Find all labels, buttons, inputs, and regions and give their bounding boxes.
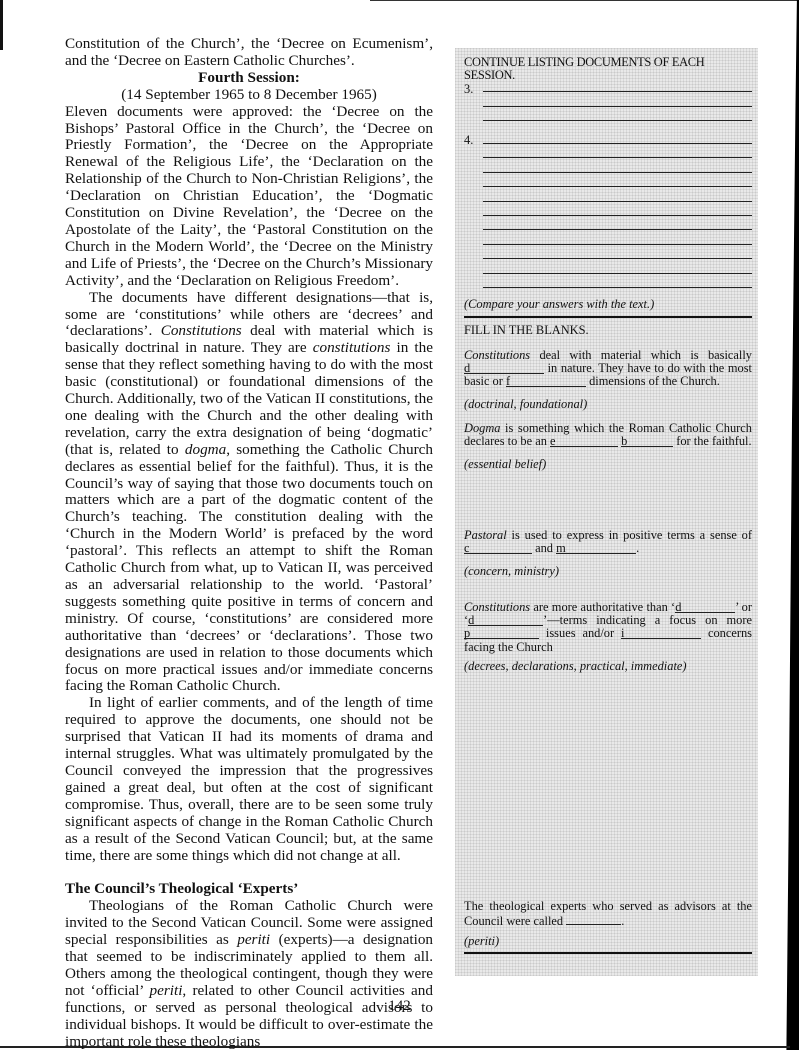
panel-title: CONTINUE LISTING DOCUMENTS OF EACH SESSI… [464, 56, 758, 82]
compare-note: (Compare your answers with the text.) [464, 298, 752, 311]
answer-line[interactable] [483, 215, 752, 216]
divider [464, 316, 752, 318]
item-3-label: 3. [464, 83, 473, 96]
blank-d1[interactable]: d [675, 601, 735, 613]
workbook-panel: CONTINUE LISTING DOCUMENTS OF EACH SESSI… [455, 48, 758, 976]
answer-4: (decrees, declarations, practical, immed… [464, 660, 752, 673]
answer-line[interactable] [483, 229, 752, 230]
blank-d2[interactable]: d [468, 614, 543, 626]
blank-c[interactable]: c [464, 542, 532, 554]
answer-5: (periti) [464, 935, 752, 948]
answer-2: (essential belief) [464, 458, 752, 471]
session-paragraph: Eleven documents were approved: the ‘Dec… [65, 104, 433, 290]
answer-line[interactable] [483, 172, 752, 173]
main-text-column: Constitution of the Church’, the ‘Decree… [65, 36, 433, 1050]
question-authority: Constitutions are more authoritative tha… [464, 601, 752, 654]
blank-i[interactable]: i [621, 627, 701, 639]
divider [464, 952, 752, 954]
question-pastoral: Pastoral is used to express in positive … [464, 529, 752, 555]
scan-edge-right [785, 0, 799, 1050]
session-dates: (14 September 1965 to 8 December 1965) [65, 87, 433, 104]
experts-paragraph: Theologians of the Roman Catholic Church… [65, 898, 433, 1050]
blank-m[interactable]: m [556, 542, 636, 554]
blank-b[interactable]: b [621, 435, 673, 447]
answer-3: (concern, ministry) [464, 565, 752, 578]
answer-line[interactable] [483, 120, 752, 121]
question-dogma: Dogma is something which the Roman Catho… [464, 422, 752, 448]
page-number: 142 [0, 998, 799, 1015]
answer-line[interactable] [483, 106, 752, 107]
answer-line[interactable] [483, 273, 752, 274]
answer-line[interactable] [483, 91, 752, 92]
answer-line[interactable] [483, 157, 752, 158]
blank-d[interactable]: d [464, 362, 544, 374]
answer-line[interactable] [483, 201, 752, 202]
scan-edge-left [0, 0, 3, 50]
continued-paragraph: Constitution of the Church’, the ‘Decree… [65, 36, 433, 70]
item-4-label: 4. [464, 134, 473, 147]
answer-line[interactable] [483, 143, 752, 144]
blank-p[interactable]: p [464, 627, 539, 639]
answer-line[interactable] [483, 287, 752, 288]
drama-paragraph: In light of earlier comments, and of the… [65, 695, 433, 864]
designations-paragraph: The documents have different designation… [65, 290, 433, 696]
blank-e[interactable]: e [550, 435, 618, 447]
fill-heading: FILL IN THE BLANKS. [464, 324, 752, 337]
blank-f[interactable]: f [506, 375, 586, 387]
session-heading: Fourth Session: [65, 70, 433, 87]
question-periti: The theological experts who served as ad… [464, 900, 752, 928]
answer-line[interactable] [483, 258, 752, 259]
answer-line[interactable] [483, 186, 752, 187]
answer-1: (doctrinal, foundational) [464, 398, 752, 411]
scan-edge-top [370, 0, 799, 1]
question-constitutions: Constitutions deal with material which i… [464, 349, 752, 389]
blank-periti[interactable] [566, 913, 621, 925]
section-heading: The Council’s Theological ‘Experts’ [65, 881, 433, 898]
answer-line[interactable] [483, 244, 752, 245]
